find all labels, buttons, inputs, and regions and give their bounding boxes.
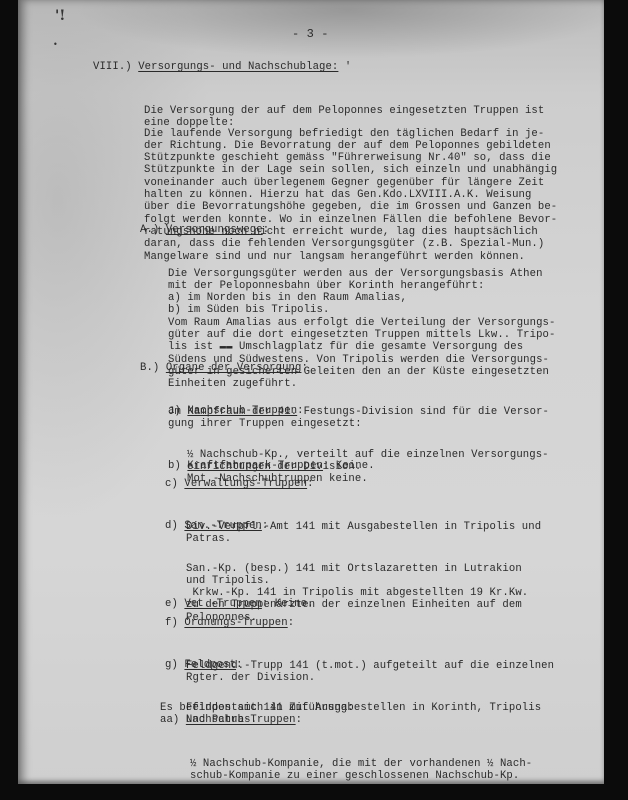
text-line: schub-Kompanie zu einer geschlossenen Na… [190, 770, 532, 782]
text-line: Stützpunkte in der Lage sein sollen, sic… [144, 164, 557, 176]
item-title: Nachschub-Truppen [186, 714, 296, 726]
subsection-a-heading: A.) Versorgungswege: [140, 224, 269, 236]
item-suffix: : [297, 405, 303, 417]
item-suffix: : [307, 478, 313, 490]
text-line: und Tripolis. [186, 575, 528, 587]
text-line: San.-Kp. (besp.) 141 mit Ortslazaretten … [186, 563, 528, 575]
subsection-title: Organe der Versorgung [166, 362, 302, 374]
item-suffix: : [236, 659, 242, 671]
text-line: güter auf die dort eingesetzten Truppen … [168, 329, 555, 341]
item-d-heading: d) San.-Truppen: [165, 520, 268, 532]
item-title: Ordnungs-Truppen [184, 617, 287, 629]
item-c-heading: c) Verwaltungs-Truppen: [165, 478, 314, 490]
item-b-heading: b) Kraftfahrpark-Truppen: Keine. [168, 460, 375, 472]
section-title-suffix: ' [338, 61, 351, 73]
subsection-title-suffix: : [263, 224, 269, 236]
text-line: Die Versorgungsgüter werden aus der Vers… [168, 268, 555, 280]
item-f-heading: f) Ordnungs-Truppen: [165, 617, 294, 629]
item-a-heading: a) Nachschub-Truppen: [168, 405, 304, 417]
item-label: d) [165, 520, 178, 532]
item-title: Feldpost [184, 659, 236, 671]
subsection-title: Versorgungswege [166, 224, 263, 236]
item-label: f) [165, 617, 178, 629]
text-line: voneinander auch überlegenem Gegner gege… [144, 177, 557, 189]
item-suffix: : [262, 520, 268, 532]
subsection-a-body: Die Versorgungsgüter werden aus der Vers… [168, 243, 555, 403]
incoming-heading: aa) Nachschub-Truppen: [160, 714, 302, 726]
subsection-label: A.) [140, 224, 159, 236]
item-title: Verwaltungs-Truppen [184, 478, 307, 490]
incoming-body: ½ Nachschub-Kompanie, die mit der vorhan… [190, 733, 532, 794]
item-title: Vet.-Truppen [184, 598, 262, 610]
item-label: c) [165, 478, 178, 490]
margin-dot: • [53, 40, 58, 49]
text-line: Die laufende Versorgung befriedigt den t… [144, 128, 557, 140]
item-suffix: : Keine. [323, 460, 375, 472]
item-title: Nachschub-Truppen [187, 405, 297, 417]
page-number: - 3 - [292, 28, 329, 40]
item-e-heading: e) Vet.-Truppen: Keine. [165, 598, 314, 610]
item-label: a) [168, 405, 181, 417]
text-line: a) im Norden bis in den Raum Amalias, [168, 292, 555, 304]
item-label: g) [165, 659, 178, 671]
subsection-b-heading: B.) Organe der Versorgung: [140, 362, 308, 374]
text-line: Stützpunkte geschieht gemäss "Führerweis… [144, 152, 557, 164]
item-title: Kraftfahrpark-Truppen [187, 460, 323, 472]
subsection-title-suffix: : [301, 362, 307, 374]
text-line: halten zu können. Hierzu hat das Gen.Kdo… [144, 189, 557, 201]
text-line: Vom Raum Amalias aus erfolgt die Verteil… [168, 317, 555, 329]
item-label: e) [165, 598, 178, 610]
text-line: lis ist ▬▬ Umschlagplatz für die gesamte… [168, 341, 555, 353]
section-title: Versorgungs- und Nachschublage: [138, 61, 338, 73]
text-line: der Richtung. Die Bevorratung der auf de… [144, 140, 557, 152]
item-label: aa) [160, 714, 179, 726]
text-line: b) im Süden bis Tripolis. [168, 304, 555, 316]
item-suffix: : [288, 617, 294, 629]
item-suffix: : Keine. [262, 598, 314, 610]
text-line: ½ Nachschub-Kompanie, die mit der vorhan… [190, 758, 532, 770]
incoming-intro: Es befinden sich in Zuführung: [160, 702, 354, 714]
item-suffix: : [296, 714, 302, 726]
section-heading: VIII.) Versorgungs- und Nachschublage: ' [93, 61, 351, 73]
text-line: mit der Peloponnesbahn über Korinth hera… [168, 280, 555, 292]
section-number: VIII.) [93, 61, 132, 73]
item-g-heading: g) Feldpost: [165, 659, 243, 671]
margin-mark: '! [55, 8, 65, 24]
subsection-label: B.) [140, 362, 159, 374]
item-title: San.-Truppen [184, 520, 262, 532]
item-label: b) [168, 460, 181, 472]
text-line: über die Bevorratungshöhe gegeben, die i… [144, 201, 557, 213]
